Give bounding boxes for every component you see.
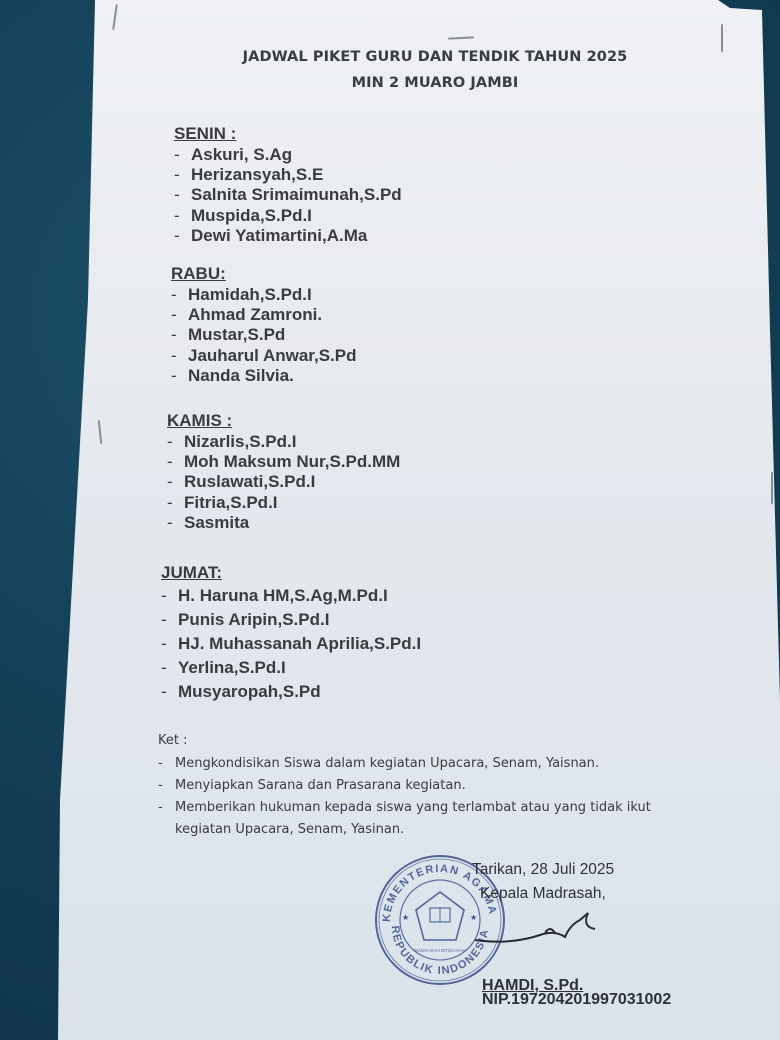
day-label: JUMAT: — [161, 563, 421, 583]
signatory-nip: NIP.197204201997031002 — [482, 991, 671, 1009]
day-section-jumat: JUMAT: -H. Haruna HM,S.Ag,M.Pd.I -Punis … — [161, 563, 421, 704]
day-section-senin: SENIN : -Askuri, S.Ag -Herizansyah,S.E -… — [174, 124, 402, 246]
staff-item: -Salnita Srimaimunah,S.Pd — [174, 185, 402, 205]
day-section-kamis: KAMIS : -Nizarlis,S.Pd.I -Moh Maksum Nur… — [167, 411, 400, 533]
day-label: KAMIS : — [167, 411, 400, 431]
document-title: JADWAL PIKET GURU DAN TENDIK TAHUN 2025 — [0, 49, 780, 65]
handwritten-signature-icon — [470, 905, 610, 955]
staff-item: -Herizansyah,S.E — [174, 165, 402, 185]
staff-item: -Nanda Silvia. — [171, 366, 356, 386]
staff-item: -Ahmad Zamroni. — [171, 305, 356, 325]
staff-item: -HJ. Muhassanah Aprilia,S.Pd.I — [161, 632, 421, 656]
signature-position: Kepala Madrasah, — [480, 885, 606, 903]
svg-text:★: ★ — [402, 913, 409, 922]
svg-text:MADRASAH IBTIDAIYAH: MADRASAH IBTIDAIYAH — [414, 948, 465, 953]
staff-item: -Hamidah,S.Pd.I — [171, 285, 356, 305]
staff-item: -Musyaropah,S.Pd — [161, 680, 421, 704]
day-label: RABU: — [171, 264, 356, 284]
staff-item: -Punis Aripin,S.Pd.I — [161, 608, 421, 632]
staff-item: -Yerlina,S.Pd.I — [161, 656, 421, 680]
staff-item: -Askuri, S.Ag — [174, 145, 402, 165]
staff-item: -Jauharul Anwar,S.Pd — [171, 346, 356, 366]
notes-label: Ket : — [158, 733, 651, 748]
staff-item: -Moh Maksum Nur,S.Pd.MM — [167, 452, 400, 472]
document-subtitle: MIN 2 MUARO JAMBI — [0, 75, 780, 91]
staple-mark-right — [771, 472, 773, 504]
note-item: -Memberikan hukuman kepada siswa yang te… — [158, 797, 651, 819]
staff-item: -H. Haruna HM,S.Ag,M.Pd.I — [161, 584, 421, 608]
staple-mark-top-right — [721, 24, 723, 52]
staff-item: -Ruslawati,S.Pd.I — [167, 472, 400, 492]
note-item: -Menyiapkan Sarana dan Prasarana kegiata… — [158, 775, 651, 797]
signature-place-date: Tarikan, 28 Juli 2025 — [472, 861, 614, 879]
staff-item: -Muspida,S.Pd.I — [174, 206, 402, 226]
notes-section: Ket : -Mengkondisikan Siswa dalam kegiat… — [158, 733, 651, 841]
staff-item: -Nizarlis,S.Pd.I — [167, 432, 400, 452]
note-item: -Mengkondisikan Siswa dalam kegiatan Upa… — [158, 753, 651, 775]
staff-item: -Dewi Yatimartini,A.Ma — [174, 226, 402, 246]
staff-item: -Mustar,S.Pd — [171, 325, 356, 345]
note-item-continuation: kegiatan Upacara, Senam, Yasinan. — [158, 819, 651, 841]
day-section-rabu: RABU: -Hamidah,S.Pd.I -Ahmad Zamroni. -M… — [171, 264, 356, 386]
day-label: SENIN : — [174, 124, 402, 144]
staff-item: -Sasmita — [167, 513, 400, 533]
staff-item: -Fitria,S.Pd.I — [167, 493, 400, 513]
